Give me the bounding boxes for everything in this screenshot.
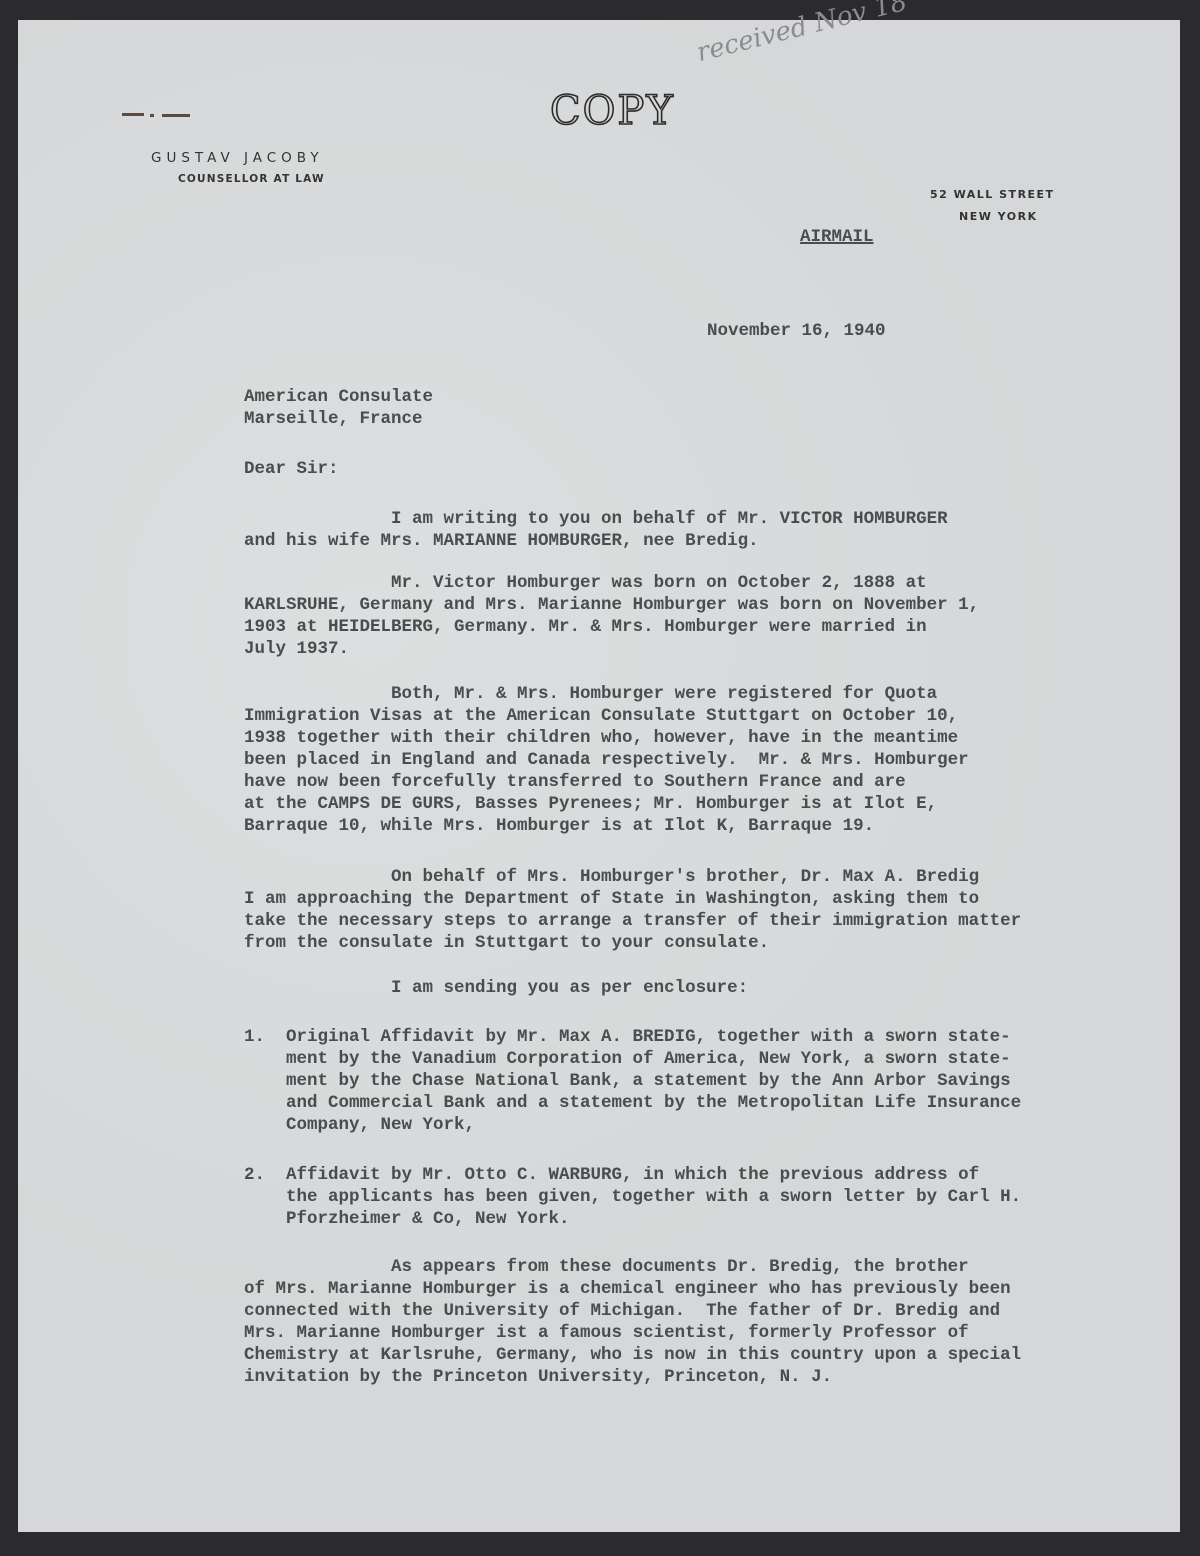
ink-smudge-mark: [122, 113, 192, 117]
paragraph-3-line: have now been forcefully transferred to …: [244, 771, 906, 793]
paragraph-3-line: been placed in England and Canada respec…: [244, 749, 969, 771]
paragraph-3-line: at the CAMPS DE GURS, Basses Pyrenees; M…: [244, 793, 937, 815]
paragraph-3-line: Both, Mr. & Mrs. Homburger were register…: [244, 683, 937, 705]
handwritten-received-note: received Nov 18: [694, 0, 910, 68]
paragraph-4-line: On behalf of Mrs. Homburger's brother, D…: [244, 866, 979, 888]
paragraph-3-line: 1938 together with their children who, h…: [244, 727, 958, 749]
enclosure-1-line: Original Affidavit by Mr. Max A. BREDIG,…: [286, 1026, 1011, 1048]
enclosure-1-line: and Commercial Bank and a statement by t…: [286, 1092, 1021, 1114]
paragraph-1-line: I am writing to you on behalf of Mr. VIC…: [244, 508, 948, 530]
enclosure-2-line: Pforzheimer & Co, New York.: [286, 1208, 570, 1230]
paragraph-3-line: Immigration Visas at the American Consul…: [244, 705, 958, 727]
letterhead-name: GUSTAV JACOBY: [151, 150, 324, 166]
recipient-line-2: Marseille, France: [244, 408, 423, 430]
paragraph-2-line: 1903 at HEIDELBERG, Germany. Mr. & Mrs. …: [244, 616, 927, 638]
letterhead-address-street: 52 WALL STREET: [930, 188, 1055, 201]
letterhead-address-city: NEW YORK: [959, 210, 1038, 223]
paragraph-5-line: I am sending you as per enclosure:: [244, 977, 748, 999]
closing-paragraph-line: of Mrs. Marianne Homburger is a chemical…: [244, 1278, 1011, 1300]
enclosure-number: 1.: [244, 1026, 265, 1048]
recipient-line-1: American Consulate: [244, 386, 433, 408]
enclosure-2-line: Affidavit by Mr. Otto C. WARBURG, in whi…: [286, 1164, 979, 1186]
letterhead-title: COUNSELLOR AT LAW: [178, 173, 325, 185]
paragraph-4-line: I am approaching the Department of State…: [244, 888, 979, 910]
paragraph-2-line: Mr. Victor Homburger was born on October…: [244, 572, 927, 594]
letter-date: November 16, 1940: [707, 320, 886, 342]
closing-paragraph-line: invitation by the Princeton University, …: [244, 1366, 832, 1388]
closing-paragraph-line: Chemistry at Karlsruhe, Germany, who is …: [244, 1344, 1021, 1366]
paragraph-4-line: take the necessary steps to arrange a tr…: [244, 910, 1021, 932]
closing-paragraph-line: As appears from these documents Dr. Bred…: [244, 1256, 969, 1278]
paragraph-1-line: and his wife Mrs. MARIANNE HOMBURGER, ne…: [244, 530, 759, 552]
enclosure-1-line: ment by the Vanadium Corporation of Amer…: [286, 1048, 1011, 1070]
paragraph-3-line: Barraque 10, while Mrs. Homburger is at …: [244, 815, 874, 837]
paragraph-2-line: July 1937.: [244, 638, 349, 660]
copy-stamp: COPY: [550, 88, 675, 134]
paragraph-4-line: from the consulate in Stuttgart to your …: [244, 932, 769, 954]
enclosure-number: 2.: [244, 1164, 265, 1186]
airmail-label: AIRMAIL: [800, 226, 874, 248]
closing-paragraph-line: Mrs. Marianne Homburger ist a famous sci…: [244, 1322, 969, 1344]
enclosure-1-line: Company, New York,: [286, 1114, 475, 1136]
closing-paragraph-line: connected with the University of Michiga…: [244, 1300, 1000, 1322]
enclosure-2-line: the applicants has been given, together …: [286, 1186, 1021, 1208]
paragraph-2-line: KARLSRUHE, Germany and Mrs. Marianne Hom…: [244, 594, 979, 616]
enclosure-1-line: ment by the Chase National Bank, a state…: [286, 1070, 1011, 1092]
salutation: Dear Sir:: [244, 458, 339, 480]
